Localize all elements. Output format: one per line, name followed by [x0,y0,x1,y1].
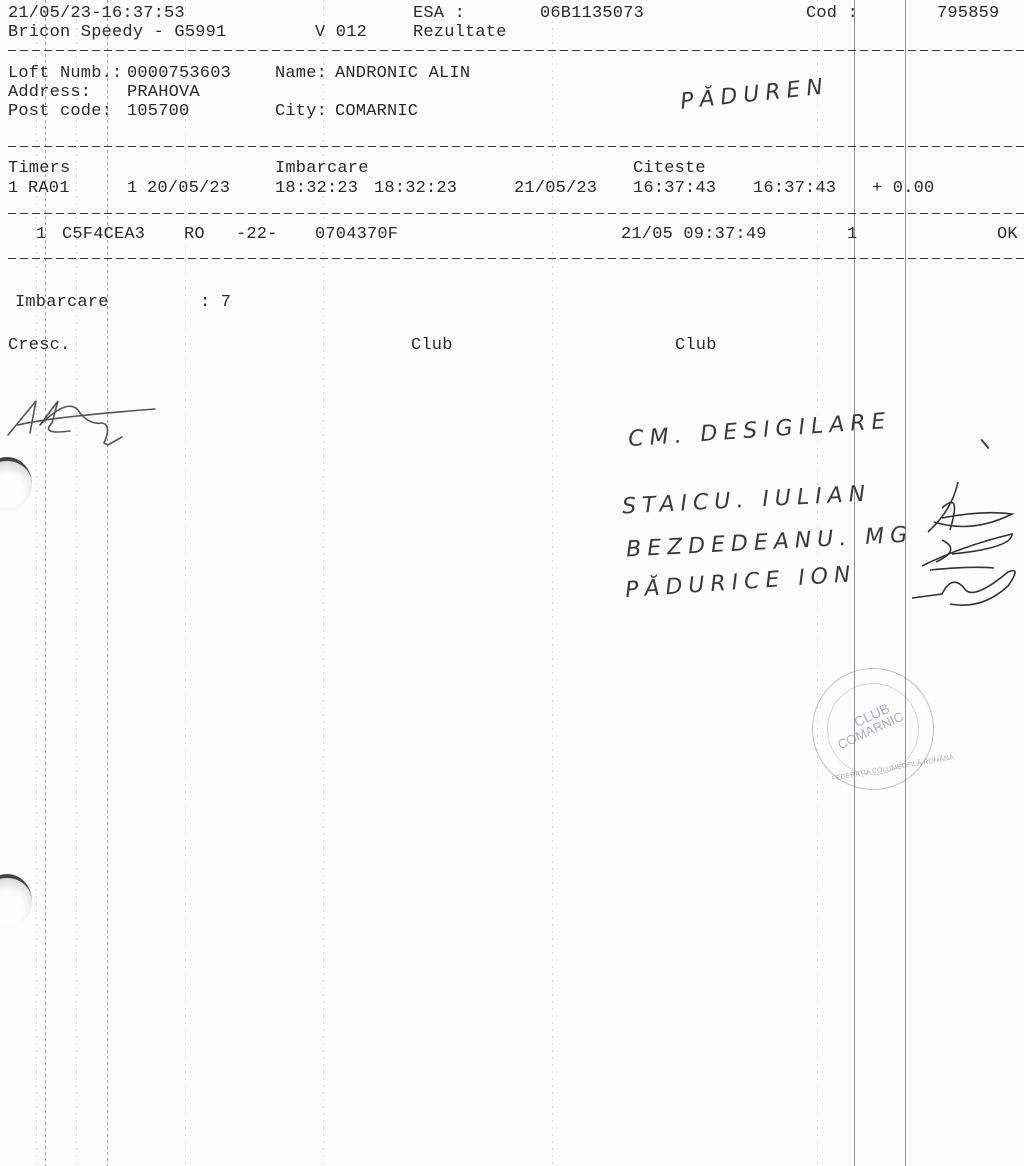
club-stamp: CLUB COMARNIC FEDERAȚIA COLUMBOFILĂ ROMÂ… [812,668,934,790]
handwritten-member-2: BEZDEDEANU. MG [626,522,914,562]
timers-header: Timers [8,160,70,178]
city-label: City: [275,103,327,121]
separator [8,50,1024,51]
citeste-time-2: 16:37:43 [753,180,836,198]
handwritten-member-1: STAICU. IULIAN [622,481,872,519]
esa-value: 06B1135073 [540,5,644,23]
name-value: ANDRONIC ALIN [335,65,470,83]
timer-count: 1 [127,180,137,198]
scan-line [905,0,906,1166]
pigeon-position: 1 [847,226,857,244]
scanned-results-page: 21/05/23-16:37:53 ESA : 06B1135073 Cod :… [0,0,1024,1166]
pigeon-ring: 0704370F [315,226,398,244]
citeste-date: 21/05/23 [514,180,597,198]
pigeon-country: RO [184,226,205,244]
stray-mark [980,439,989,449]
loft-label: Loft Numb.: [8,65,122,83]
postcode-value: 105700 [127,103,189,121]
pigeon-year: -22- [236,226,278,244]
address-label: Address: [8,84,91,102]
separator [8,146,1024,147]
device-name: Bricon Speedy - G5991 [8,24,226,42]
citeste-time: 16:37:43 [633,180,716,198]
club-label-1: Club [411,337,453,355]
separator [8,213,1024,214]
pigeon-status: OK [997,226,1018,244]
separator [8,258,1024,259]
city-value: COMARNIC [335,103,418,121]
name-label: Name: [275,65,327,83]
pigeon-chip: C5F4CEA3 [62,226,145,244]
timer-id: RA01 [28,180,70,198]
handwritten-locality: PĂDUREN [679,74,830,114]
imbarcare-summary-label: Imbarcare [15,294,109,312]
timer-index: 1 [8,180,18,198]
scan-line [185,0,186,1166]
device-version: V 012 [315,24,367,42]
cod-value: 795859 [937,5,999,23]
imbarcare-date: 20/05/23 [147,180,230,198]
member-signatures [912,470,1024,610]
fancier-signature [0,395,170,475]
handwritten-commission: CM. DESIGILARE [627,409,892,452]
imbarcare-time: 18:32:23 [275,180,358,198]
club-label-2: Club [675,337,717,355]
scan-line [552,0,553,1166]
scan-line [107,0,108,1166]
handwritten-member-3: PĂDURICE ION [624,562,857,603]
pigeon-arrival: 21/05 09:37:49 [621,226,767,244]
header-datetime: 21/05/23-16:37:53 [8,5,185,23]
imbarcare-time-2: 18:32:23 [374,180,457,198]
citeste-header: Citeste [633,160,706,178]
scan-line [76,0,77,1166]
address-value: PRAHOVA [127,84,200,102]
cresc-label: Cresc. [8,337,70,355]
cod-label: Cod : [806,5,858,23]
esa-label: ESA : [413,5,465,23]
loft-value: 0000753603 [127,65,231,83]
timer-deviation: + 0.00 [872,180,934,198]
imbarcare-header: Imbarcare [275,160,369,178]
punch-hole [0,874,32,928]
report-type: Rezultate [413,24,507,42]
imbarcare-summary-value: : 7 [200,294,231,312]
postcode-label: Post code: [8,103,112,121]
pigeon-index: 1 [36,226,46,244]
